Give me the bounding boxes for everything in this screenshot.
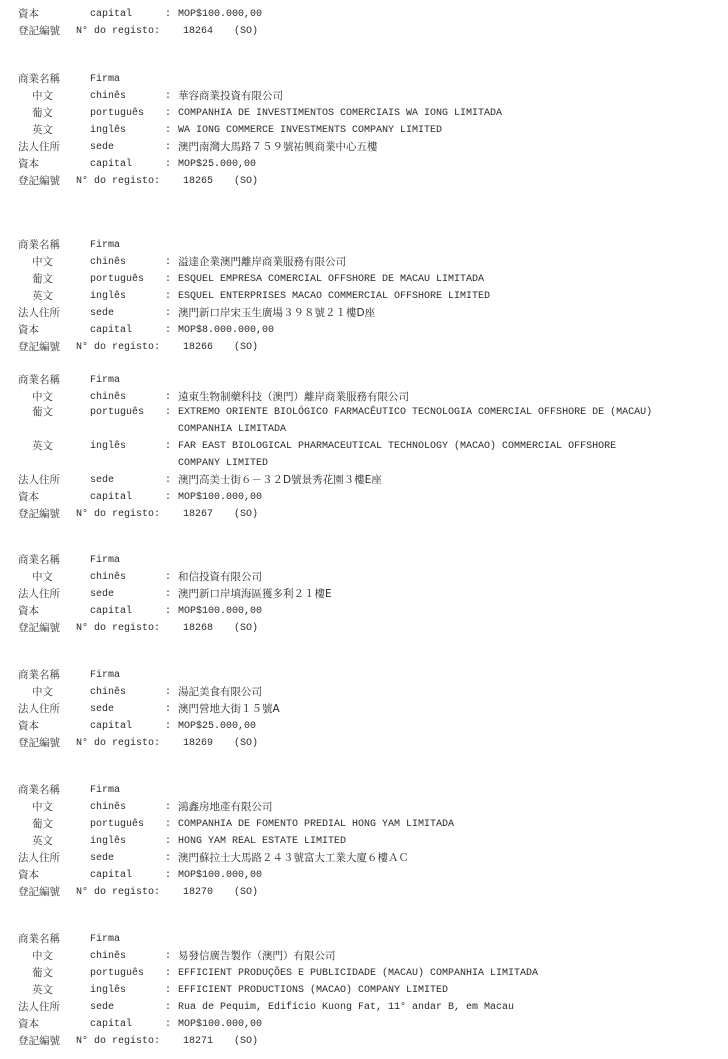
- firma-label-pt: Firma: [90, 931, 120, 948]
- registo-suffix: (SO): [234, 23, 258, 40]
- chines-label-pt: chinês: [90, 684, 126, 701]
- firma-label-zh: 商業名稱: [18, 552, 60, 569]
- portugues-name-value: COMPANHIA DE FOMENTO PREDIAL HONG YAM LI…: [178, 816, 454, 833]
- registo-number: 18271: [183, 1033, 213, 1050]
- capital-label-zh: 資本: [18, 1016, 39, 1033]
- capital-value: MOP$25.000,00: [178, 718, 256, 735]
- ingles-name-value-line2: COMPANY LIMITED: [178, 455, 268, 472]
- registo-label-pt: N° do registo:: [76, 735, 160, 752]
- ingles-label-pt: inglês: [90, 122, 126, 139]
- ingles-name-value: WA IONG COMMERCE INVESTMENTS COMPANY LIM…: [178, 122, 442, 139]
- sede-label-zh: 法人住所: [18, 472, 60, 489]
- sede-label-zh: 法人住所: [18, 999, 60, 1016]
- chines-label-zh: 中文: [32, 799, 53, 816]
- registo-suffix: (SO): [234, 339, 258, 356]
- sede-label-zh: 法人住所: [18, 701, 60, 718]
- colon: :: [165, 88, 171, 105]
- chines-name-value: 鴻鑫房地產有限公司: [178, 799, 273, 816]
- firma-label-zh: 商業名稱: [18, 667, 60, 684]
- registo-label-zh: 登記編號: [18, 339, 60, 356]
- sede-label-pt: sede: [90, 586, 114, 603]
- capital-value: MOP$100.000,00: [178, 867, 262, 884]
- portugues-label-zh: 葡文: [32, 965, 53, 982]
- registo-number: 18269: [183, 735, 213, 752]
- registo-suffix: (SO): [234, 1033, 258, 1050]
- chines-label-pt: chinês: [90, 88, 126, 105]
- chines-name-value: 易發信廣告製作（澳門）有限公司: [178, 948, 336, 965]
- colon: :: [165, 948, 171, 965]
- colon: :: [165, 982, 171, 999]
- capital-value: MOP$100.000,00: [178, 1016, 262, 1033]
- sede-value: 澳門營地大街１５號A: [178, 701, 280, 718]
- colon: :: [165, 569, 171, 586]
- registo-number: 18270: [183, 884, 213, 901]
- capital-label-pt: capital: [90, 1016, 132, 1033]
- portugues-label-pt: português: [90, 404, 144, 421]
- colon: :: [165, 999, 171, 1016]
- sede-label-zh: 法人住所: [18, 305, 60, 322]
- colon: :: [165, 322, 171, 339]
- capital-value: MOP$8.000.000,00: [178, 322, 274, 339]
- portugues-name-value: EFFICIENT PRODUÇÕES E PUBLICIDADE (MACAU…: [178, 965, 538, 982]
- chines-label-zh: 中文: [32, 569, 53, 586]
- colon: :: [165, 404, 171, 421]
- capital-label-zh: 資本: [18, 489, 39, 506]
- registo-suffix: (SO): [234, 884, 258, 901]
- colon: :: [165, 105, 171, 122]
- capital-label-pt: capital: [90, 489, 132, 506]
- registo-suffix: (SO): [234, 173, 258, 190]
- sede-label-pt: sede: [90, 701, 114, 718]
- capital-label-pt: capital: [90, 603, 132, 620]
- capital-label-zh: 資本: [18, 718, 39, 735]
- portugues-label-pt: português: [90, 271, 144, 288]
- sede-value: 澳門高美士街６－３２D號景秀花園３樓E座: [178, 472, 382, 489]
- registo-label-pt: N° do registo:: [76, 506, 160, 523]
- registo-number: 18264: [183, 23, 213, 40]
- ingles-label-zh: 英文: [32, 438, 53, 455]
- ingles-label-pt: inglês: [90, 288, 126, 305]
- portugues-label-pt: português: [90, 965, 144, 982]
- firma-label-zh: 商業名稱: [18, 237, 60, 254]
- capital-value: MOP$100.000,00: [178, 6, 262, 23]
- colon: :: [165, 1016, 171, 1033]
- colon: :: [165, 603, 171, 620]
- portugues-label-zh: 葡文: [32, 105, 53, 122]
- portugues-label-pt: português: [90, 105, 144, 122]
- sede-label-pt: sede: [90, 139, 114, 156]
- capital-value: MOP$100.000,00: [178, 489, 262, 506]
- ingles-label-pt: inglês: [90, 833, 126, 850]
- colon: :: [165, 305, 171, 322]
- portugues-label-zh: 葡文: [32, 404, 53, 421]
- registo-number: 18265: [183, 173, 213, 190]
- colon: :: [165, 438, 171, 455]
- capital-label-pt: capital: [90, 322, 132, 339]
- sede-value: 澳門新口岸宋玉生廣場３９８號２１樓D座: [178, 305, 375, 322]
- colon: :: [165, 833, 171, 850]
- registo-label-pt: N° do registo:: [76, 884, 160, 901]
- sede-label-zh: 法人住所: [18, 850, 60, 867]
- registo-label-pt: N° do registo:: [76, 620, 160, 637]
- capital-label-zh: 資本: [18, 6, 39, 23]
- ingles-name-value: EFFICIENT PRODUCTIONS (MACAO) COMPANY LI…: [178, 982, 448, 999]
- chines-name-value: 和信投資有限公司: [178, 569, 262, 586]
- registo-label-pt: N° do registo:: [76, 173, 160, 190]
- registo-label-zh: 登記編號: [18, 1033, 60, 1050]
- registo-label-zh: 登記編號: [18, 173, 60, 190]
- ingles-label-zh: 英文: [32, 833, 53, 850]
- registo-suffix: (SO): [234, 620, 258, 637]
- capital-label-pt: capital: [90, 867, 132, 884]
- registo-number: 18266: [183, 339, 213, 356]
- capital-label-pt: capital: [90, 718, 132, 735]
- sede-value: 澳門南灣大馬路７５９號祐興商業中心五樓: [178, 139, 378, 156]
- registo-label-pt: N° do registo:: [76, 1033, 160, 1050]
- colon: :: [165, 850, 171, 867]
- colon: :: [165, 867, 171, 884]
- firma-label-pt: Firma: [90, 237, 120, 254]
- sede-value: 澳門新口岸填海區獲多利２１樓E: [178, 586, 332, 603]
- ingles-label-zh: 英文: [32, 122, 53, 139]
- chines-label-zh: 中文: [32, 684, 53, 701]
- colon: :: [165, 586, 171, 603]
- ingles-label-pt: inglês: [90, 982, 126, 999]
- capital-value: MOP$100.000,00: [178, 603, 262, 620]
- colon: :: [165, 965, 171, 982]
- chines-label-zh: 中文: [32, 948, 53, 965]
- firma-label-pt: Firma: [90, 782, 120, 799]
- colon: :: [165, 472, 171, 489]
- registo-number: 18268: [183, 620, 213, 637]
- capital-label-zh: 資本: [18, 322, 39, 339]
- portugues-label-zh: 葡文: [32, 271, 53, 288]
- sede-label-zh: 法人住所: [18, 139, 60, 156]
- chines-label-pt: chinês: [90, 799, 126, 816]
- ingles-label-zh: 英文: [32, 288, 53, 305]
- chines-name-value: 華容商業投資有限公司: [178, 88, 283, 105]
- registo-label-pt: N° do registo:: [76, 339, 160, 356]
- colon: :: [165, 816, 171, 833]
- capital-label-zh: 資本: [18, 603, 39, 620]
- ingles-name-value: ESQUEL ENTERPRISES MACAO COMMERCIAL OFFS…: [178, 288, 490, 305]
- colon: :: [165, 489, 171, 506]
- registo-number: 18267: [183, 506, 213, 523]
- portugues-name-value-line1: EXTREMO ORIENTE BIOLÓGICO FARMACÊUTICO T…: [178, 404, 652, 421]
- registo-label-zh: 登記編號: [18, 735, 60, 752]
- colon: :: [165, 799, 171, 816]
- registo-label-zh: 登記編號: [18, 23, 60, 40]
- registo-suffix: (SO): [234, 735, 258, 752]
- colon: :: [165, 6, 171, 23]
- chines-label-zh: 中文: [32, 254, 53, 271]
- chines-label-pt: chinês: [90, 948, 126, 965]
- portugues-label-pt: português: [90, 816, 144, 833]
- chines-label-pt: chinês: [90, 254, 126, 271]
- sede-value: Rua de Pequim, Edifício Kuong Fat, 11° a…: [178, 999, 514, 1016]
- registo-label-zh: 登記編號: [18, 884, 60, 901]
- firma-label-zh: 商業名稱: [18, 372, 60, 389]
- sede-label-pt: sede: [90, 999, 114, 1016]
- capital-label-pt: capital: [90, 6, 132, 23]
- sede-label-pt: sede: [90, 472, 114, 489]
- colon: :: [165, 684, 171, 701]
- ingles-name-value: HONG YAM REAL ESTATE LIMITED: [178, 833, 346, 850]
- chines-name-value: 溢達企業澳門離岸商業服務有限公司: [178, 254, 346, 271]
- colon: :: [165, 122, 171, 139]
- colon: :: [165, 156, 171, 173]
- sede-label-pt: sede: [90, 305, 114, 322]
- colon: :: [165, 718, 171, 735]
- sede-label-pt: sede: [90, 850, 114, 867]
- colon: :: [165, 139, 171, 156]
- capital-label-pt: capital: [90, 156, 132, 173]
- firma-label-pt: Firma: [90, 372, 120, 389]
- chines-label-pt: chinês: [90, 569, 126, 586]
- ingles-name-value-line1: FAR EAST BIOLOGICAL PHARMACEUTICAL TECHN…: [178, 438, 616, 455]
- capital-label-zh: 資本: [18, 156, 39, 173]
- registo-label-zh: 登記編號: [18, 620, 60, 637]
- firma-label-zh: 商業名稱: [18, 931, 60, 948]
- registo-label-pt: N° do registo:: [76, 23, 160, 40]
- portugues-name-value: COMPANHIA DE INVESTIMENTOS COMERCIAIS WA…: [178, 105, 502, 122]
- registo-label-zh: 登記編號: [18, 506, 60, 523]
- chines-label-zh: 中文: [32, 88, 53, 105]
- sede-label-zh: 法人住所: [18, 586, 60, 603]
- portugues-name-value: ESQUEL EMPRESA COMERCIAL OFFSHORE DE MAC…: [178, 271, 484, 288]
- chines-name-value: 湯記美食有限公司: [178, 684, 262, 701]
- registo-suffix: (SO): [234, 506, 258, 523]
- firma-label-pt: Firma: [90, 71, 120, 88]
- firma-label-zh: 商業名稱: [18, 71, 60, 88]
- firma-label-zh: 商業名稱: [18, 782, 60, 799]
- ingles-label-pt: inglês: [90, 438, 126, 455]
- colon: :: [165, 288, 171, 305]
- capital-label-zh: 資本: [18, 867, 39, 884]
- firma-label-pt: Firma: [90, 552, 120, 569]
- sede-value: 澳門蘇拉士大馬路２４３號富大工業大廈６樓ＡＣ: [178, 850, 409, 867]
- capital-value: MOP$25.000,00: [178, 156, 256, 173]
- company-registry-page: 資本 capital : MOP$100.000,00 登記編號 N° do r…: [0, 0, 728, 1059]
- portugues-label-zh: 葡文: [32, 816, 53, 833]
- colon: :: [165, 254, 171, 271]
- colon: :: [165, 701, 171, 718]
- portugues-name-value-line2: COMPANHIA LIMITADA: [178, 421, 286, 438]
- colon: :: [165, 271, 171, 288]
- firma-label-pt: Firma: [90, 667, 120, 684]
- ingles-label-zh: 英文: [32, 982, 53, 999]
